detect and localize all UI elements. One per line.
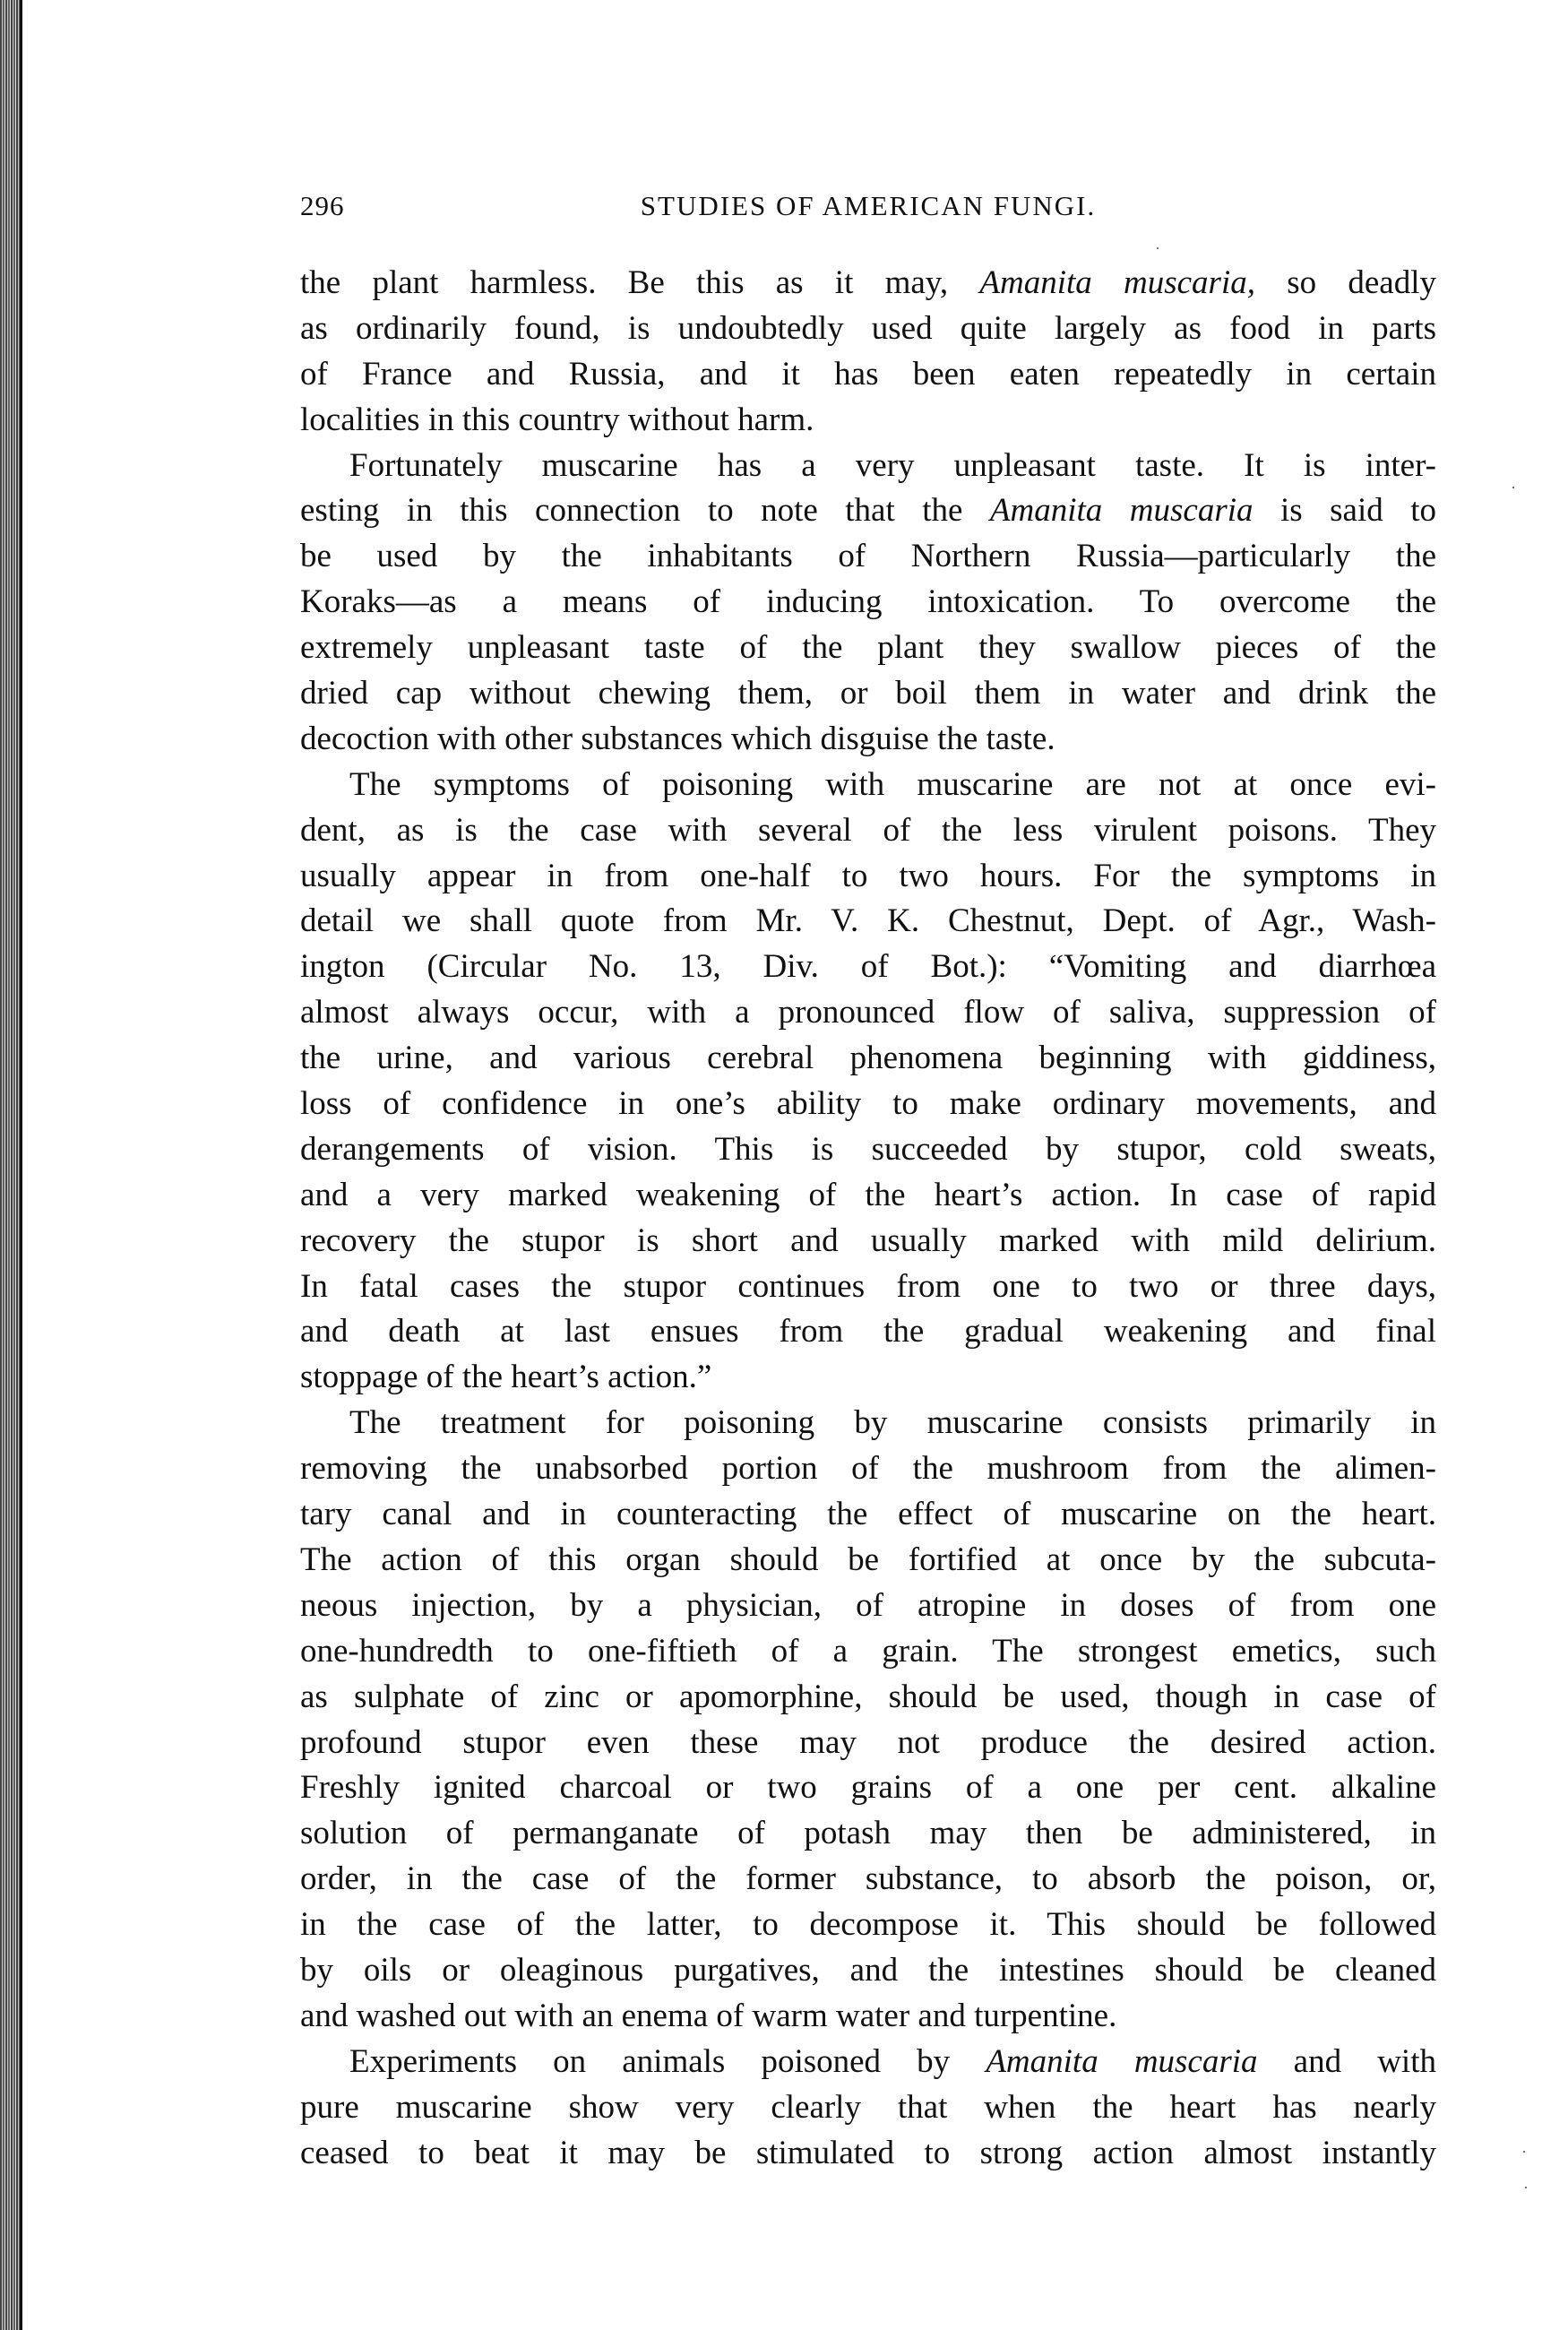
text-line: one-hundredth to one-fiftieth of a grain…: [300, 1629, 1436, 1675]
text-line: pure muscarine show very clearly that wh…: [300, 2085, 1436, 2131]
paragraph: Fortunately muscarine has a very unpleas…: [300, 444, 1436, 763]
text-line: removing the unabsorbed portion of the m…: [300, 1446, 1436, 1492]
book-binding-edge: [0, 0, 22, 2330]
text-line: and death at last ensues from the gradua…: [300, 1309, 1436, 1355]
text-line: ceased to beat it may be stimulated to s…: [300, 2131, 1436, 2177]
paragraph: The treatment for poisoning by muscarine…: [300, 1401, 1436, 2039]
italic-species-name: Amanita muscaria: [990, 492, 1254, 529]
text-line: derangements of vision. This is succeede…: [300, 1127, 1436, 1173]
text-line: the plant harmless. Be this as it may, A…: [300, 261, 1436, 306]
text-segment: of France and Russia, and it has been ea…: [300, 356, 1436, 393]
text-segment: the urine, and various cerebral phenomen…: [300, 1040, 1436, 1076]
print-speck: [1512, 487, 1514, 488]
text-segment: the plant harmless. Be this as it may,: [300, 264, 979, 301]
text-line: the urine, and various cerebral phenomen…: [300, 1036, 1436, 1082]
text-segment: neous injection, by a physician, of atro…: [300, 1587, 1436, 1624]
text-line: and washed out with an enema of warm wat…: [300, 1994, 1436, 2040]
text-line: of France and Russia, and it has been ea…: [300, 352, 1436, 398]
text-line: The symptoms of poisoning with muscarine…: [300, 763, 1436, 808]
text-segment: recovery the stupor is short and usually…: [300, 1222, 1436, 1259]
text-line: dent, as is the case with several of the…: [300, 808, 1436, 854]
text-segment: dried cap without chewing them, or boil …: [300, 675, 1436, 712]
paragraph: The symptoms of poisoning with muscarine…: [300, 763, 1436, 1401]
text-segment: removing the unabsorbed portion of the m…: [300, 1450, 1436, 1487]
text-segment: The treatment for poisoning by muscarine…: [349, 1404, 1436, 1441]
text-line: in the case of the latter, to decompose …: [300, 1903, 1436, 1948]
text-segment: in the case of the latter, to decompose …: [300, 1906, 1436, 1943]
running-head-title: STUDIES OF AMERICAN FUNGI.: [300, 190, 1436, 222]
text-line: profound stupor even these may not produ…: [300, 1721, 1436, 1766]
paragraph: the plant harmless. Be this as it may, A…: [300, 261, 1436, 444]
text-segment: usually appear in from one-half to two h…: [300, 858, 1436, 894]
text-segment: Experiments on animals poisoned by: [349, 2043, 986, 2080]
text-line: esting in this connection to note that t…: [300, 488, 1436, 534]
text-segment: and death at last ensues from the gradua…: [300, 1313, 1436, 1350]
text-segment: and a very marked weakening of the heart…: [300, 1177, 1436, 1213]
text-line: The treatment for poisoning by muscarine…: [300, 1401, 1436, 1446]
text-line: decoction with other substances which di…: [300, 717, 1436, 763]
text-segment: stoppage of the heart’s action.”: [300, 1359, 711, 1395]
text-segment: localities in this country without harm.: [300, 401, 814, 438]
text-segment: The action of this organ should be forti…: [300, 1541, 1436, 1578]
text-line: The action of this organ should be forti…: [300, 1538, 1436, 1584]
text-line: order, in the case of the former substan…: [300, 1857, 1436, 1903]
print-speck: [1523, 2151, 1525, 2153]
text-segment: is said to: [1254, 492, 1437, 529]
text-line: solution of permanganate of potash may t…: [300, 1811, 1436, 1857]
text-segment: Freshly ignited charcoal or two grains o…: [300, 1769, 1436, 1806]
text-segment: ington (Circular No. 13, Div. of Bot.): …: [300, 948, 1436, 985]
text-segment: as ordinarily found, is undoubtedly used…: [300, 310, 1436, 347]
text-line: In fatal cases the stupor continues from…: [300, 1264, 1436, 1310]
text-segment: solution of permanganate of potash may t…: [300, 1815, 1436, 1851]
text-line: loss of confidence in one’s ability to m…: [300, 1082, 1436, 1127]
text-line: by oils or oleaginous purgatives, and th…: [300, 1948, 1436, 1994]
text-line: almost always occur, with a pronounced f…: [300, 990, 1436, 1036]
body-text: the plant harmless. Be this as it may, A…: [300, 261, 1436, 2176]
text-segment: and with: [1258, 2043, 1436, 2080]
text-segment: pure muscarine show very clearly that wh…: [300, 2089, 1436, 2126]
text-segment: In fatal cases the stupor continues from…: [300, 1268, 1436, 1305]
paragraph: Experiments on animals poisoned by Amani…: [300, 2040, 1436, 2177]
text-segment: almost always occur, with a pronounced f…: [300, 994, 1436, 1031]
text-segment: extremely unpleasant taste of the plant …: [300, 629, 1436, 666]
text-segment: derangements of vision. This is succeede…: [300, 1131, 1436, 1168]
text-segment: detail we shall quote from Mr. V. K. Che…: [300, 902, 1436, 939]
text-segment: esting in this connection to note that t…: [300, 492, 990, 529]
text-segment: dent, as is the case with several of the…: [300, 812, 1436, 849]
text-line: as ordinarily found, is undoubtedly used…: [300, 306, 1436, 352]
text-line: as sulphate of zinc or apomorphine, shou…: [300, 1675, 1436, 1721]
text-segment: tary canal and in counteracting the effe…: [300, 1496, 1436, 1532]
text-line: detail we shall quote from Mr. V. K. Che…: [300, 899, 1436, 945]
text-segment: The symptoms of poisoning with muscarine…: [349, 766, 1436, 803]
text-line: ington (Circular No. 13, Div. of Bot.): …: [300, 945, 1436, 990]
text-line: Fortunately muscarine has a very unpleas…: [300, 444, 1436, 489]
text-segment: by oils or oleaginous purgatives, and th…: [300, 1952, 1436, 1989]
text-line: extremely unpleasant taste of the plant …: [300, 626, 1436, 671]
text-line: stoppage of the heart’s action.”: [300, 1355, 1436, 1401]
italic-species-name: Amanita muscaria: [986, 2043, 1257, 2080]
text-line: be used by the inhabitants of Northern R…: [300, 534, 1436, 580]
text-segment: Koraks—as a means of inducing intoxicati…: [300, 583, 1436, 620]
text-segment: one-hundredth to one-fiftieth of a grain…: [300, 1633, 1436, 1670]
text-segment: Fortunately muscarine has a very unpleas…: [349, 447, 1436, 484]
text-line: recovery the stupor is short and usually…: [300, 1219, 1436, 1264]
text-segment: loss of confidence in one’s ability to m…: [300, 1085, 1436, 1122]
text-segment: as sulphate of zinc or apomorphine, shou…: [300, 1678, 1436, 1715]
print-speck: [1157, 247, 1159, 249]
print-speck: [1525, 2187, 1527, 2188]
text-segment: ceased to beat it may be stimulated to s…: [300, 2135, 1436, 2171]
running-head: 296 STUDIES OF AMERICAN FUNGI.: [300, 190, 1436, 226]
text-segment: profound stupor even these may not produ…: [300, 1724, 1436, 1761]
text-line: Experiments on animals poisoned by Amani…: [300, 2040, 1436, 2085]
text-segment: and washed out with an enema of warm wat…: [300, 1998, 1116, 2034]
text-line: dried cap without chewing them, or boil …: [300, 671, 1436, 717]
text-line: localities in this country without harm.: [300, 398, 1436, 444]
text-segment: order, in the case of the former substan…: [300, 1860, 1436, 1897]
text-line: Koraks—as a means of inducing intoxicati…: [300, 580, 1436, 626]
italic-species-name: Amanita muscaria,: [979, 264, 1255, 301]
text-line: and a very marked weakening of the heart…: [300, 1173, 1436, 1219]
text-line: usually appear in from one-half to two h…: [300, 854, 1436, 900]
text-line: neous injection, by a physician, of atro…: [300, 1584, 1436, 1629]
text-segment: decoction with other substances which di…: [300, 721, 1055, 757]
page-gutter-line: [20, 0, 22, 2330]
text-line: Freshly ignited charcoal or two grains o…: [300, 1765, 1436, 1811]
text-segment: so deadly: [1255, 264, 1436, 301]
text-segment: be used by the inhabitants of Northern R…: [300, 538, 1436, 574]
text-line: tary canal and in counteracting the effe…: [300, 1492, 1436, 1538]
